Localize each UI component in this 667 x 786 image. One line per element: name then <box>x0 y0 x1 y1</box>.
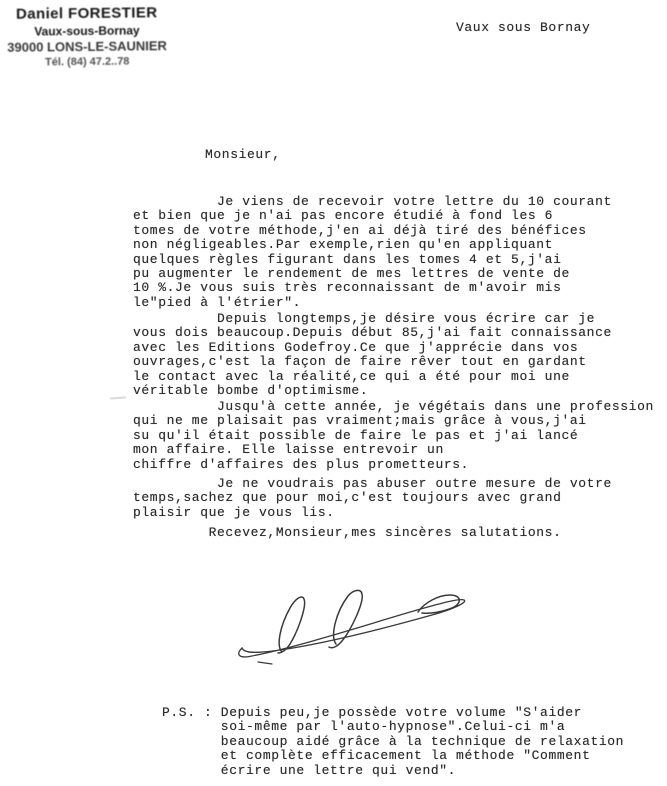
closing-salutation: Recevez,Monsieur,mes sincères salutation… <box>133 526 561 540</box>
paragraph-4: Je ne voudrais pas abuser outre mesure d… <box>133 477 612 520</box>
paragraph-3: Jusqu'à cette année, je végétais dans un… <box>133 400 654 472</box>
salutation: Monsieur, <box>205 148 281 162</box>
letter-page: Daniel FORESTIER Vaux-sous-Bornay 39000 … <box>0 0 667 786</box>
signature <box>232 586 472 670</box>
sender-city: 39000 LONS-LE-SAUNIER <box>2 39 172 55</box>
scan-artifact <box>110 396 126 399</box>
sender-stamp: Daniel FORESTIER Vaux-sous-Bornay 39000 … <box>2 5 173 69</box>
letter-place: Vaux sous Bornay <box>456 21 590 35</box>
sender-name: Daniel FORESTIER <box>2 5 172 23</box>
paragraph-2: Depuis longtemps,je désire vous écrire c… <box>133 312 612 398</box>
paragraph-1: Je viens de recevoir votre lettre du 10 … <box>133 195 612 310</box>
postscript: P.S. : Depuis peu,je possède votre volum… <box>162 706 624 778</box>
handwritten-signature-icon <box>232 586 472 670</box>
sender-phone: Tél. (84) 47.2..78 <box>2 55 172 69</box>
sender-village: Vaux-sous-Bornay <box>2 24 172 39</box>
